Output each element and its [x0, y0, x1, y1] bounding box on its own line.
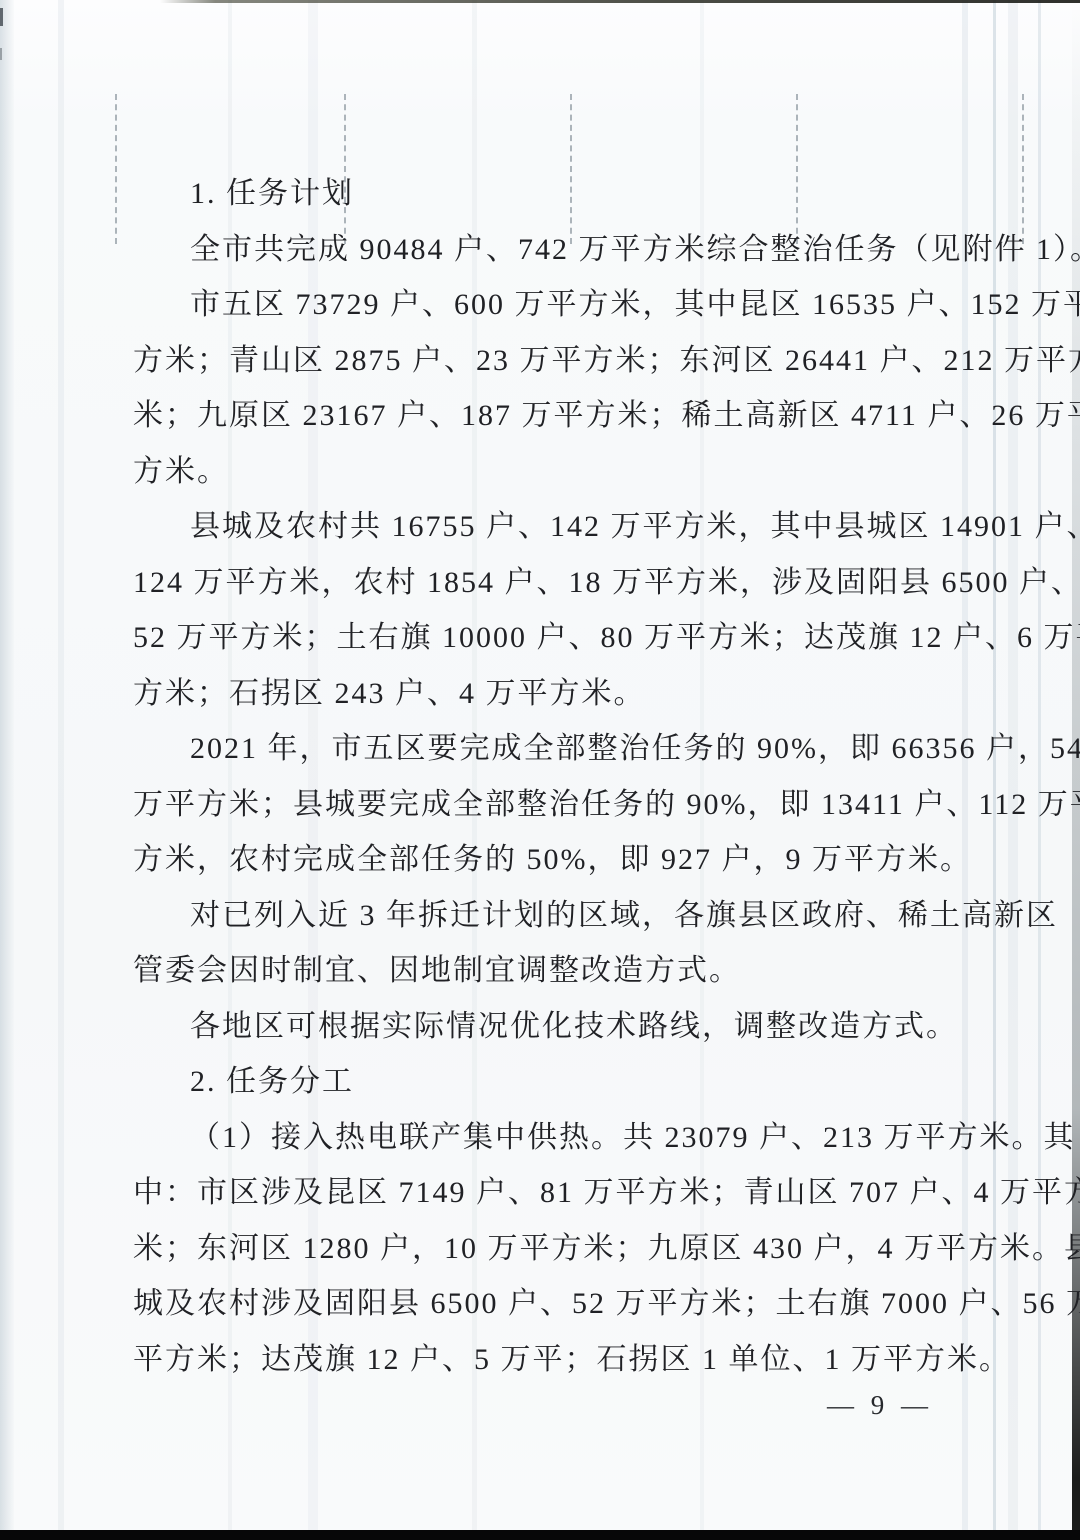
section-heading-1: 1. 任务计划: [190, 177, 354, 211]
text-line: 对已列入近 3 年拆迁计划的区域，各旗县区政府、稀土高新区: [190, 899, 1058, 933]
text-line: 米；东河区 1280 户，10 万平方米；九原区 430 户，4 万平方米。县: [133, 1232, 1080, 1266]
document-page: 1. 任务计划 全市共完成 90484 户、742 万平方米综合整治任务（见附件…: [0, 0, 1080, 1540]
text-line: 方米。: [133, 455, 229, 489]
text-line: 各地区可根据实际情况优化技术路线，调整改造方式。: [190, 1010, 958, 1044]
text-line: 万平方米；县城要完成全部整治任务的 90%，即 13411 户、112 万平: [133, 788, 1080, 822]
scan-fold-mark: [796, 94, 798, 244]
scan-left-edge-shadow: [0, 0, 14, 1540]
text-line: 中：市区涉及昆区 7149 户、81 万平方米；青山区 707 户、4 万平方: [133, 1176, 1080, 1210]
scan-edge-mark: [0, 48, 2, 60]
text-line: 方米；石拐区 243 户、4 万平方米。: [133, 677, 646, 711]
text-line: 方米；青山区 2875 户、23 万平方米；东河区 26441 户、212 万平…: [133, 344, 1080, 378]
scan-fold-mark: [115, 94, 117, 244]
text-line: 市五区 73729 户、600 万平方米，其中昆区 16535 户、152 万平: [190, 288, 1080, 322]
section-heading-2: 2. 任务分工: [190, 1065, 354, 1099]
text-line: 2021 年，市五区要完成全部整治任务的 90%，即 66356 户，540: [190, 732, 1080, 766]
text-line: 方米，农村完成全部任务的 50%，即 927 户，9 万平方米。: [133, 843, 972, 877]
scan-edge-mark: [0, 8, 3, 26]
scan-fold-mark: [570, 94, 572, 244]
scan-fold-mark: [1022, 94, 1024, 244]
text-line: 124 万平方米，农村 1854 户、18 万平方米，涉及固阳县 6500 户、: [133, 566, 1080, 600]
text-line: （1）接入热电联产集中供热。共 23079 户、213 万平方米。其: [190, 1121, 1076, 1155]
scan-fold-mark: [344, 94, 346, 244]
text-line: 52 万平方米；土右旗 10000 户、80 万平方米；达茂旗 12 户、6 万…: [133, 621, 1080, 655]
scan-bottom-bar: [0, 1530, 1080, 1540]
scan-streak: [58, 0, 64, 1540]
text-line: 全市共完成 90484 户、742 万平方米综合整治任务（见附件 1）。: [190, 233, 1080, 267]
text-line: 县城及农村共 16755 户、142 万平方米，其中县城区 14901 户、: [190, 510, 1080, 544]
text-line: 城及农村涉及固阳县 6500 户、52 万平方米；土右旗 7000 户、56 万: [133, 1287, 1080, 1321]
scan-top-edge-line: [160, 0, 1080, 3]
text-line: 管委会因时制宜、因地制宜调整改造方式。: [133, 954, 741, 988]
page-number: — 9 —: [827, 1390, 933, 1421]
text-line: 平方米；达茂旗 12 户、5 万平；石拐区 1 单位、1 万平方米。: [133, 1343, 1011, 1377]
text-line: 米；九原区 23167 户、187 万平方米；稀土高新区 4711 户、26 万…: [133, 399, 1080, 433]
